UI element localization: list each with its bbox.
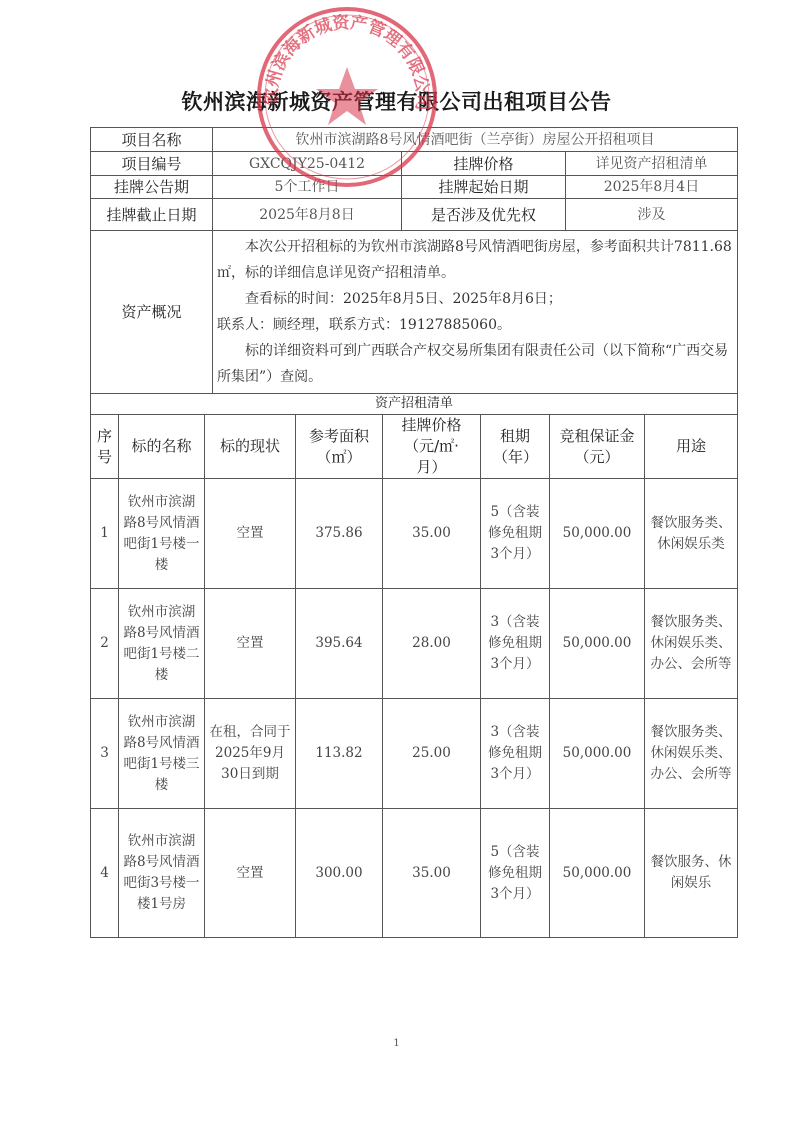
- asset-list-section-row: 资产招租清单: [91, 394, 738, 415]
- overview-label: 资产概况: [91, 231, 213, 394]
- row-project-name: 项目名称 钦州市滨湖路8号风情酒吧街（兰亭街）房屋公开招租项目: [91, 128, 738, 152]
- asset-list-table: 资产招租清单 序号 标的名称 标的现状 参考面积（㎡） 挂牌价格（元/㎡·月） …: [90, 393, 738, 938]
- cell-use: 餐饮服务类、休闲娱乐类、办公、会所等: [645, 589, 738, 699]
- row-overview: 资产概况 本次公开招租标的为钦州市滨湖路8号风情酒吧街房屋，参考面积共计7811…: [91, 231, 738, 394]
- cell-name: 钦州市滨湖路8号风情酒吧街1号楼一楼: [119, 479, 205, 589]
- period-label: 挂牌公告期: [91, 176, 213, 199]
- table-row: 2 钦州市滨湖路8号风情酒吧街1号楼二楼 空置 395.64 28.00 3（含…: [91, 589, 738, 699]
- cell-no: 2: [91, 589, 119, 699]
- header-term: 租期（年）: [481, 415, 550, 479]
- overview-paragraph-2: 查看标的时间：2025年8月5日、2025年8月6日；: [217, 286, 733, 312]
- header-no: 序号: [91, 415, 119, 479]
- cell-use: 餐饮服务、休闲娱乐: [645, 809, 738, 938]
- price-label: 挂牌价格: [402, 152, 566, 176]
- cell-area: 300.00: [296, 809, 383, 938]
- table-row: 4 钦州市滨湖路8号风情酒吧街3号楼一楼1号房 空置 300.00 35.00 …: [91, 809, 738, 938]
- cell-no: 4: [91, 809, 119, 938]
- cell-use: 餐饮服务类、休闲娱乐类、办公、会所等: [645, 699, 738, 809]
- overview-paragraph-3: 联系人：顾经理，联系方式：19127885060。: [217, 312, 733, 338]
- cell-term: 5（含装修免租期3个月）: [481, 809, 550, 938]
- row-period: 挂牌公告期 5个工作日 挂牌起始日期 2025年8月4日: [91, 176, 738, 199]
- cell-price: 35.00: [383, 479, 481, 589]
- cell-status: 空置: [205, 809, 296, 938]
- project-no-label: 项目编号: [91, 152, 213, 176]
- cell-area: 395.64: [296, 589, 383, 699]
- cell-status: 空置: [205, 589, 296, 699]
- cell-no: 3: [91, 699, 119, 809]
- cell-term: 5（含装修免租期3个月）: [481, 479, 550, 589]
- price-value: 详见资产招租清单: [566, 152, 738, 176]
- project-name-value: 钦州市滨湖路8号风情酒吧街（兰亭街）房屋公开招租项目: [213, 128, 738, 152]
- cell-price: 28.00: [383, 589, 481, 699]
- cell-term: 3（含装修免租期3个月）: [481, 589, 550, 699]
- cell-status: 在租，合同于2025年9月30日到期: [205, 699, 296, 809]
- cell-deposit: 50,000.00: [550, 809, 645, 938]
- row-project-no: 项目编号 GXCQJY25-0412 挂牌价格 详见资产招租清单: [91, 152, 738, 176]
- header-status: 标的现状: [205, 415, 296, 479]
- cell-name: 钦州市滨湖路8号风情酒吧街1号楼二楼: [119, 589, 205, 699]
- start-date-label: 挂牌起始日期: [402, 176, 566, 199]
- table-row: 1 钦州市滨湖路8号风情酒吧街1号楼一楼 空置 375.86 35.00 5（含…: [91, 479, 738, 589]
- cell-status: 空置: [205, 479, 296, 589]
- end-date-label: 挂牌截止日期: [91, 199, 213, 231]
- overview-paragraph-4: 标的详细资料可到广西联合产权交易所集团有限责任公司（以下简称“广西交易所集团”）…: [217, 338, 733, 390]
- cell-deposit: 50,000.00: [550, 699, 645, 809]
- overview-paragraph-1: 本次公开招租标的为钦州市滨湖路8号风情酒吧街房屋，参考面积共计7811.68㎡，…: [217, 234, 733, 286]
- header-name: 标的名称: [119, 415, 205, 479]
- cell-deposit: 50,000.00: [550, 589, 645, 699]
- header-deposit: 竞租保证金（元）: [550, 415, 645, 479]
- row-end-date: 挂牌截止日期 2025年8月8日 是否涉及优先权 涉及: [91, 199, 738, 231]
- cell-price: 25.00: [383, 699, 481, 809]
- priority-label: 是否涉及优先权: [402, 199, 566, 231]
- cell-term: 3（含装修免租期3个月）: [481, 699, 550, 809]
- start-date-value: 2025年8月4日: [566, 176, 738, 199]
- project-name-label: 项目名称: [91, 128, 213, 152]
- cell-name: 钦州市滨湖路8号风情酒吧街3号楼一楼1号房: [119, 809, 205, 938]
- end-date-value: 2025年8月8日: [213, 199, 402, 231]
- cell-price: 35.00: [383, 809, 481, 938]
- table-row: 3 钦州市滨湖路8号风情酒吧街1号楼三楼 在租，合同于2025年9月30日到期 …: [91, 699, 738, 809]
- asset-list-title: 资产招租清单: [91, 394, 738, 415]
- header-use: 用途: [645, 415, 738, 479]
- cell-area: 375.86: [296, 479, 383, 589]
- page-number: 1: [0, 1038, 793, 1049]
- cell-use: 餐饮服务类、休闲娱乐类: [645, 479, 738, 589]
- cell-name: 钦州市滨湖路8号风情酒吧街1号楼三楼: [119, 699, 205, 809]
- document-title: 钦州滨海新城资产管理有限公司出租项目公告: [0, 86, 793, 116]
- header-price: 挂牌价格（元/㎡·月）: [383, 415, 481, 479]
- project-no-value: GXCQJY25-0412: [213, 152, 402, 176]
- priority-value: 涉及: [566, 199, 738, 231]
- project-info-table: 项目名称 钦州市滨湖路8号风情酒吧街（兰亭街）房屋公开招租项目 项目编号 GXC…: [90, 127, 738, 394]
- cell-area: 113.82: [296, 699, 383, 809]
- period-value: 5个工作日: [213, 176, 402, 199]
- cell-deposit: 50,000.00: [550, 479, 645, 589]
- cell-no: 1: [91, 479, 119, 589]
- table-header-row: 序号 标的名称 标的现状 参考面积（㎡） 挂牌价格（元/㎡·月） 租期（年） 竞…: [91, 415, 738, 479]
- header-area: 参考面积（㎡）: [296, 415, 383, 479]
- overview-content: 本次公开招租标的为钦州市滨湖路8号风情酒吧街房屋，参考面积共计7811.68㎡，…: [213, 231, 738, 394]
